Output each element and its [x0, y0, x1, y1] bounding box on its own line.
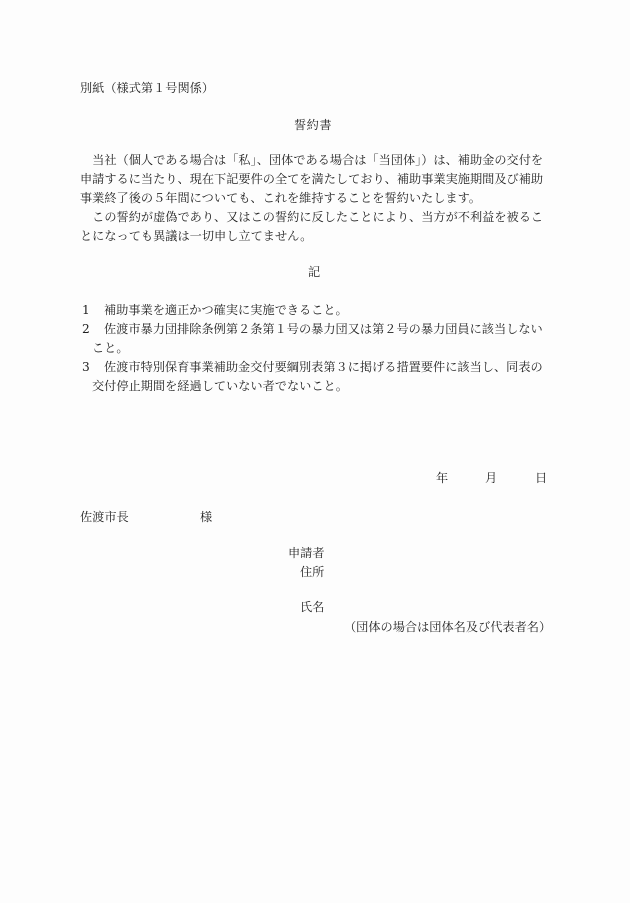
- name-note: （団体の場合は団体名及び代表者名）: [344, 618, 551, 637]
- requirement-text-continued: 交付停止期間を経過していない者でないこと。: [82, 377, 552, 396]
- body-line: 申請するに当たり、現在下記要件の全てを満たしており、補助事業実施期間及び補助: [80, 170, 550, 189]
- requirement-item-1: 1補助事業を適正かつ確実に実施できること。: [82, 301, 552, 320]
- annex-label: 別紙（様式第１号関係）: [80, 79, 214, 98]
- body-line: 事業終了後の５年間についても、これを維持することを誓約いたします。: [80, 189, 550, 208]
- requirement-number: 2: [82, 320, 104, 339]
- requirement-text: 佐渡市暴力団排除条例第２条第１号の暴力団又は第２号の暴力団員に該当しない: [104, 322, 543, 336]
- date-day-label: 日: [535, 469, 547, 488]
- body-line: この誓約が虚偽であり、又はこの誓約に反したことにより、当方が不利益を被るこ: [80, 208, 550, 227]
- pledge-body: 当社（個人である場合は「私」、団体である場合は「当団体」）は、補助金の交付を 申…: [80, 151, 550, 246]
- requirements-list: 1補助事業を適正かつ確実に実施できること。 2佐渡市暴力団排除条例第２条第１号の…: [82, 301, 552, 396]
- body-line: 当社（個人である場合は「私」、団体である場合は「当団体」）は、補助金の交付を: [80, 151, 550, 170]
- requirement-text: 佐渡市特別保育事業補助金交付要綱別表第３に掲げる措置要件に該当し、同表の: [104, 360, 543, 374]
- address-label: 住所: [300, 563, 324, 582]
- date-month-label: 月: [485, 469, 497, 488]
- document-title: 誓約書: [294, 116, 332, 135]
- requirement-item-2: 2佐渡市暴力団排除条例第２条第１号の暴力団又は第２号の暴力団員に該当しない こと…: [82, 320, 552, 358]
- date-year-label: 年: [436, 469, 448, 488]
- name-label: 氏名: [300, 598, 324, 617]
- addressee-honorific: 様: [200, 508, 212, 527]
- applicant-heading: 申請者: [288, 544, 325, 563]
- requirement-number: 3: [82, 358, 104, 377]
- requirement-item-3: 3佐渡市特別保育事業補助金交付要綱別表第３に掲げる措置要件に該当し、同表の 交付…: [82, 358, 552, 396]
- requirement-text: 補助事業を適正かつ確実に実施できること。: [104, 303, 348, 317]
- requirement-number: 1: [82, 301, 104, 320]
- body-line: とになっても異議は一切申し立てません。: [80, 227, 550, 246]
- requirement-text-continued: こと。: [82, 339, 552, 358]
- addressee-title: 佐渡市長: [80, 508, 129, 527]
- ki-heading: 記: [308, 263, 320, 282]
- document-page: 別紙（様式第１号関係） 誓約書 当社（個人である場合は「私」、団体である場合は「…: [0, 0, 630, 903]
